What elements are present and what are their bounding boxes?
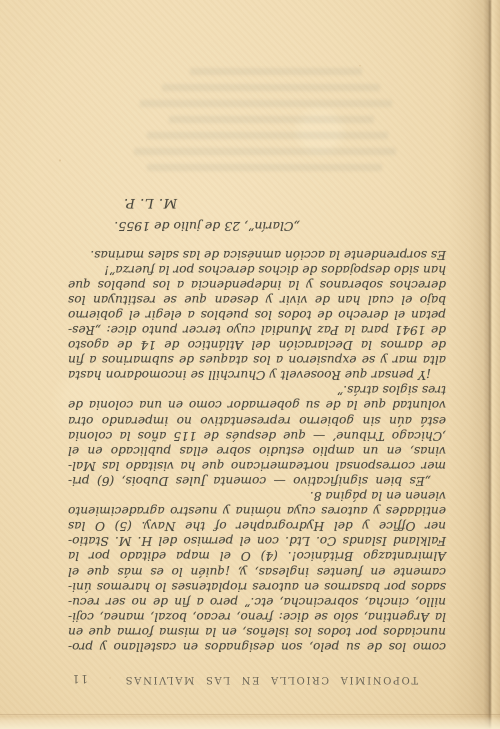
showthrough-ghost bbox=[190, 68, 362, 75]
text-line: voluntad que la de su gobernador como en… bbox=[68, 397, 446, 412]
text-line: mer corresponsal norteamericano que ha v… bbox=[68, 458, 446, 473]
text-line: vinas, en un amplio estudio sobre ellas … bbox=[68, 443, 446, 458]
attribution-line: „Clarín”, 23 de julio de 1955. bbox=[68, 219, 300, 234]
page-number: 11 bbox=[71, 672, 88, 685]
text-line: sados por basarnos en autores rioplatens… bbox=[68, 579, 446, 594]
showthrough-ghost bbox=[162, 84, 380, 91]
text-line: Es sorprendente la acción amnésica de la… bbox=[68, 246, 446, 261]
text-line: tres siglos atrás.” bbox=[68, 382, 446, 397]
showthrough-ghost bbox=[169, 116, 374, 123]
showthrough-ghost bbox=[134, 148, 396, 155]
text-line: camente en fuentes inglesas, y, ¡quién l… bbox=[68, 563, 446, 578]
text-line: ¡Y pensar que Roosevelt y Churchill se i… bbox=[68, 367, 446, 382]
text-line: nillo, cincha, sobrecincha, etc.” pero a… bbox=[68, 594, 446, 609]
text-line: „Es bien significativo — comenta Jules D… bbox=[68, 473, 446, 488]
text-line: vienen en la página 8. bbox=[68, 488, 446, 503]
text-line: de 1941 para la Paz Mundial cuyo tercer … bbox=[68, 322, 446, 337]
text-line: la Argentina, sólo se dice: freno, recao… bbox=[68, 609, 446, 624]
text-line: petan el derecho de todos los pueblos a … bbox=[68, 307, 446, 322]
showthrough-ghost bbox=[140, 100, 392, 107]
book-page-scan: TOPONIMIA CRIOLLA EN LAS MALVINAS 11 com… bbox=[0, 0, 500, 729]
signature-initials: M. L. P. bbox=[68, 195, 177, 210]
text-line: ‚Chicago Tribune’ — que después de 115 a… bbox=[68, 428, 446, 443]
text-line: está aún sin gobierno representativo no … bbox=[68, 413, 446, 428]
text-line: Almirantazgo Británico!. (4) O el mapa e… bbox=[68, 548, 446, 563]
header-title: TOPONIMIA CRIOLLA EN LAS MALVINAS bbox=[124, 674, 418, 685]
page-content: TOPONIMIA CRIOLLA EN LAS MALVINAS 11 com… bbox=[68, 195, 446, 685]
text-line: han sido despojados de dichos derechos p… bbox=[68, 262, 446, 277]
running-header: TOPONIMIA CRIOLLA EN LAS MALVINAS 11 bbox=[68, 670, 446, 685]
upside-down-page: TOPONIMIA CRIOLLA EN LAS MALVINAS 11 com… bbox=[0, 0, 500, 729]
text-line: ner Office y del Hydrographer of the Nav… bbox=[68, 518, 446, 533]
showthrough-ghost bbox=[147, 132, 388, 139]
text-line: entidades y autores cuya nómina y nuestr… bbox=[68, 503, 446, 518]
text-line: de darnos la Declaración del Atlántico d… bbox=[68, 337, 446, 352]
text-block: como los de su pelo, son designados en c… bbox=[68, 246, 446, 654]
showthrough-ghost bbox=[147, 164, 382, 171]
text-line: alta mar y se expusieron a los ataques d… bbox=[68, 352, 446, 367]
text-line: derechos soberanos y la independencia a … bbox=[68, 277, 446, 292]
text-line: bajo el cual han de vivir y desean que s… bbox=[68, 292, 446, 307]
text-line: como los de su pelo, son designados en c… bbox=[68, 639, 446, 654]
text-line: Falkland Islands Co. Ltd. con el permiso… bbox=[68, 533, 446, 548]
text-line: nunciados por todos los isleños, en la m… bbox=[68, 624, 446, 639]
